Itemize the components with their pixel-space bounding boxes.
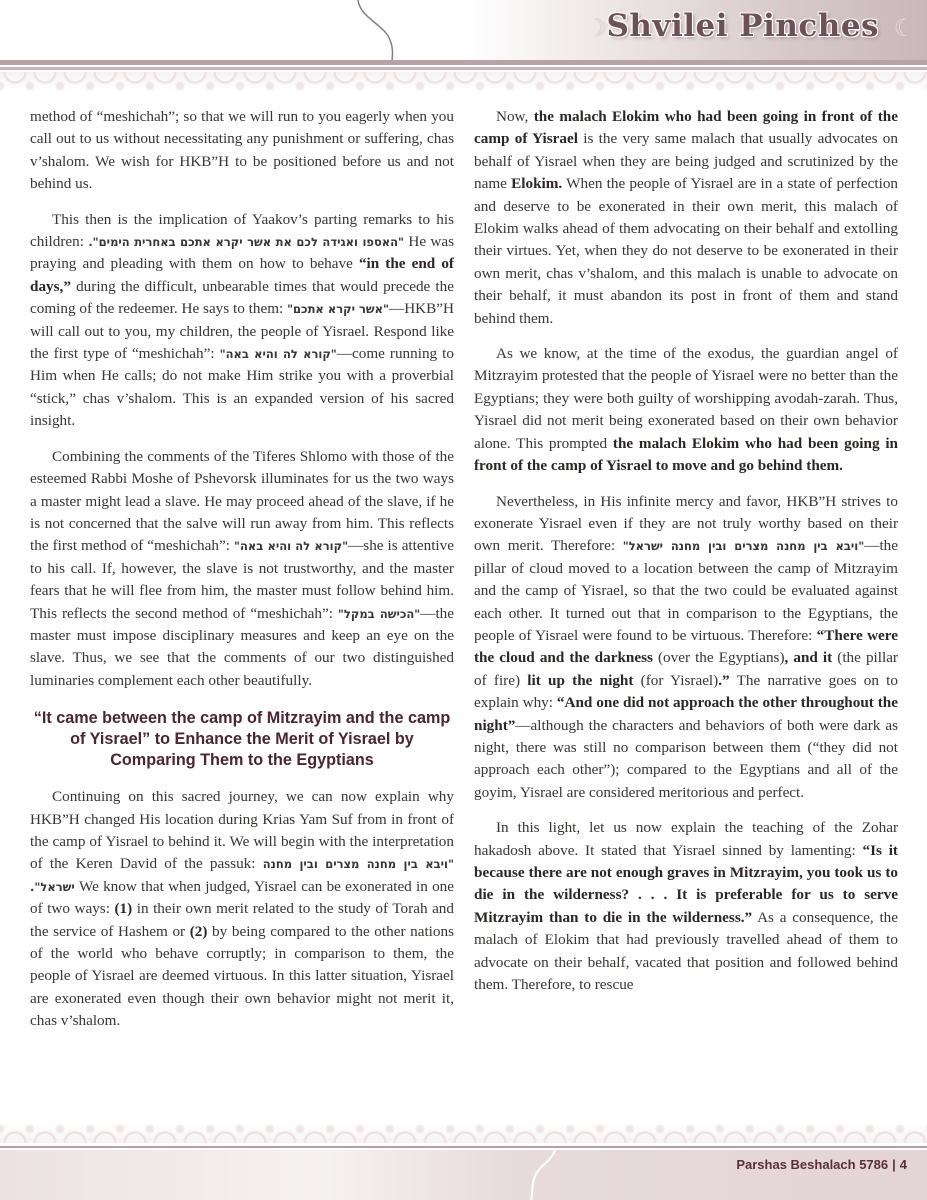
header-rule-thin bbox=[0, 67, 927, 70]
paragraph-text: method of “meshichah”; so that we will r… bbox=[30, 108, 454, 192]
right-column: Now, the malach Elokim who had been goin… bbox=[474, 106, 898, 1009]
hebrew-quote: "הכישה במקל" bbox=[338, 607, 420, 621]
bold-text: lit up the night bbox=[527, 672, 633, 689]
header-curve-decoration bbox=[340, 0, 420, 62]
right-flourish-icon: ☾ bbox=[893, 14, 915, 42]
text: Now, bbox=[496, 108, 534, 125]
text: When the people of Yisrael are in a stat… bbox=[474, 175, 898, 326]
text: —although the characters and behaviors o… bbox=[474, 717, 898, 801]
hebrew-quote: "אשר יקרא אתכם" bbox=[287, 302, 389, 316]
paragraph: As we know, at the time of the exodus, t… bbox=[474, 343, 898, 477]
left-flourish-icon: ☽ bbox=[585, 14, 607, 42]
page-footer: Parshas Beshalach 5786|4 bbox=[0, 1140, 927, 1200]
paragraph: Combining the comments of the Tiferes Sh… bbox=[30, 446, 454, 692]
paragraph: In this light, let us now explain the te… bbox=[474, 817, 898, 996]
paragraph: method of “meshichah”; so that we will r… bbox=[30, 106, 454, 196]
hebrew-quote: "ויבא בין מחנה מצרים ובין מחנה ישראל" bbox=[623, 539, 865, 553]
text: (for Yisrael) bbox=[633, 672, 718, 689]
section-subheading: “It came between the camp of Mitzrayim a… bbox=[30, 708, 454, 771]
hebrew-quote: "קורא לה והיא באה" bbox=[234, 539, 348, 553]
text: (over the Egyptians) bbox=[653, 649, 785, 666]
footer-rule bbox=[0, 1146, 927, 1148]
footer-separator: | bbox=[892, 1157, 896, 1172]
footer-page-info: Parshas Beshalach 5786|4 bbox=[736, 1157, 907, 1172]
page-header: ☽ Shvilei Pinches ☾ bbox=[0, 0, 927, 106]
left-column: method of “meshichah”; so that we will r… bbox=[30, 106, 454, 1046]
bold-text: Elokim. bbox=[511, 175, 562, 192]
page-number: 4 bbox=[900, 1157, 907, 1172]
paragraph: Continuing on this sacred journey, we ca… bbox=[30, 786, 454, 1032]
text: In this light, let us now explain the te… bbox=[474, 819, 898, 858]
publication-title: Shvilei Pinches bbox=[607, 8, 880, 44]
header-rule bbox=[0, 60, 927, 65]
bold-text: (1) bbox=[114, 900, 132, 917]
footer-curve-decoration bbox=[515, 1150, 575, 1200]
bold-text: (2) bbox=[190, 923, 208, 940]
paragraph: Nevertheless, in His infinite mercy and … bbox=[474, 491, 898, 805]
paragraph: This then is the implication of Yaakov’s… bbox=[30, 209, 454, 433]
bold-text: .” bbox=[718, 672, 729, 689]
header-ornament-border bbox=[0, 72, 927, 92]
paragraph: Now, the malach Elokim who had been goin… bbox=[474, 106, 898, 330]
parsha-label: Parshas Beshalach 5786 bbox=[736, 1157, 888, 1172]
hebrew-quote: "קורא לה והיא באה" bbox=[220, 347, 337, 361]
bold-text: , and it bbox=[785, 649, 833, 666]
hebrew-quote: "האספו ואגידה לכם את אשר יקרא אתכם באחרי… bbox=[88, 235, 404, 249]
